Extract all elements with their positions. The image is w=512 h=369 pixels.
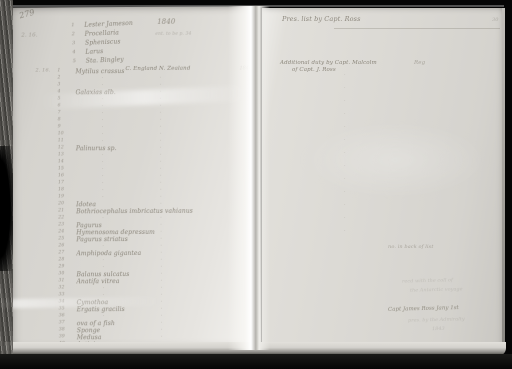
entry-text: 8 [58, 117, 61, 122]
ditto-mark: · [160, 201, 162, 207]
ditto-mark: · [102, 117, 104, 123]
ditto-mark: · [102, 215, 104, 221]
ditto-mark: · [102, 159, 104, 165]
ditto-mark: · [160, 187, 162, 193]
entry-text: 28 [58, 257, 64, 262]
ditto-mark: · [344, 163, 346, 169]
ditto-mark: · [160, 117, 162, 123]
ditto-mark: · [102, 96, 104, 102]
ditto-mark: · [344, 98, 346, 104]
entry-text: 25 [58, 236, 64, 241]
entry-text: 34 [59, 299, 65, 304]
entry-text: 4 [58, 89, 61, 94]
entry-text: 1 [57, 68, 60, 73]
entry-text: 6 [58, 103, 61, 108]
ditto-mark: · [160, 208, 162, 214]
ditto-mark: · [344, 228, 346, 234]
ditto-mark: · [102, 152, 104, 158]
ditto-mark: · [102, 138, 104, 144]
left-page: 279 2. 16. 1840 ent. to be p. 34 1Lester… [9, 6, 261, 345]
page-number: 30 [492, 17, 499, 23]
entry-text: 19 [58, 194, 64, 199]
ditto-mark: · [160, 96, 162, 102]
ditto-mark: · [344, 176, 346, 182]
spine-shadow [0, 146, 13, 271]
ditto-mark: · [102, 180, 104, 186]
pencil-note: ent. to be p. 34 [155, 32, 191, 37]
entry-text: Spheniscus [85, 38, 121, 46]
ditto-mark: · [161, 292, 163, 298]
entry-text: 32 [59, 285, 65, 290]
ditto-mark: · [102, 124, 104, 130]
pencil-line: Capt James Ross Jany 1st [388, 305, 459, 313]
ditto-mark: · [161, 278, 163, 284]
ditto-mark: · [344, 189, 346, 195]
ditto-mark: · [102, 257, 104, 263]
entry-text: 17 [58, 180, 64, 185]
entry-text: Sta. Bingley [86, 56, 124, 65]
ditto-mark: · [344, 72, 346, 78]
ditto-mark: · [160, 159, 162, 165]
ditto-mark: · [161, 285, 163, 291]
ditto-mark: · [160, 145, 162, 151]
ditto-mark: · [160, 110, 162, 116]
ditto-mark: · [160, 89, 162, 95]
entry-text: 11 [58, 138, 64, 143]
ditto-mark: · [344, 124, 346, 130]
entry-text: 39 [59, 334, 65, 339]
ditto-mark: · [102, 243, 104, 249]
entry-text: 9 [58, 124, 61, 129]
mid-note: no. in back of list [388, 244, 433, 250]
ditto-mark: · [160, 264, 162, 270]
entry-text: Larus [85, 48, 103, 56]
ditto-mark: · [160, 250, 162, 256]
ditto-mark: · [160, 194, 162, 200]
entry-text: 20 [58, 201, 64, 206]
ditto-mark: · [160, 271, 162, 277]
ditto-mark: · [102, 110, 104, 116]
ditto-mark: · [161, 327, 163, 333]
ditto-mark: · [344, 111, 346, 117]
entry-text: 31 [59, 278, 65, 283]
entry-text: 36 [59, 313, 65, 318]
ditto-mark: · [159, 75, 161, 81]
ditto-mark: · [160, 180, 162, 186]
date-heading: 1840 [157, 18, 175, 26]
entry-text: 1 [71, 22, 75, 28]
ditto-mark: · [102, 264, 104, 270]
ditto-mark: · [160, 103, 162, 109]
ditto-mark: · [103, 285, 105, 291]
ditto-mark: · [161, 299, 163, 305]
entry-text: 18 [58, 187, 64, 192]
ledger-scan: 279 2. 16. 1840 ent. to be p. 34 1Lester… [0, 0, 512, 369]
ditto-mark: · [102, 103, 104, 109]
right-page: Pres. list by Capt. Ross 30 Additional d… [262, 8, 504, 348]
right-entry-line2: of Capt. J. Ross [292, 67, 336, 73]
ditto-mark: · [160, 138, 162, 144]
entry-text: 22 [58, 215, 64, 220]
ditto-mark: · [344, 85, 346, 91]
ditto-mark: · [344, 202, 346, 208]
ditto-mark: · [344, 215, 346, 221]
entry-text: 16 [58, 173, 64, 178]
entry-text: 3 [58, 82, 61, 87]
ditto-mark: · [103, 313, 105, 319]
ditto-mark: · [102, 173, 104, 179]
ledger-mark: 2. 16. [21, 33, 37, 39]
ditto-mark: · [160, 257, 162, 263]
ditto-mark: · [160, 124, 162, 130]
ditto-mark: · [160, 236, 162, 242]
pencil-line: pres. by the Admiralty [408, 316, 465, 323]
entry-text: 13 [58, 152, 64, 157]
ditto-mark: · [344, 137, 346, 143]
ditto-mark: · [160, 82, 162, 88]
ditto-mark: · [161, 320, 163, 326]
entry-text: 26 [58, 243, 64, 248]
ditto-mark: · [344, 150, 346, 156]
entry-text: 33 [59, 292, 65, 297]
pencil-line: 1843 [432, 326, 445, 332]
ditto-mark: · [160, 131, 162, 137]
pencil-line: recd with the coll of [402, 277, 453, 284]
entry-text: 10 [58, 131, 64, 136]
ditto-mark: · [102, 187, 104, 193]
entry-text: 2 [72, 31, 76, 37]
entry-text: 21 [58, 208, 64, 213]
ditto-mark: · [102, 131, 104, 137]
entry-text: 14 [58, 159, 64, 164]
entry-text: 4 [72, 49, 76, 55]
pencil-line: the Antarctic voyage [410, 286, 463, 293]
right-entry-line1: Additional duty by Capt. Malcolm [280, 60, 377, 66]
entry-text: Lester Jameson [84, 20, 133, 29]
ditto-mark: · [160, 222, 162, 228]
page-right-edge [502, 8, 505, 346]
entry-text: 3 [72, 40, 76, 46]
entry-text: 38 [59, 327, 65, 332]
entry-text: 5 [58, 96, 61, 101]
ditto-mark: · [102, 166, 104, 172]
right-entry-reg: Reg [414, 60, 425, 66]
ditto-mark: · [161, 306, 163, 312]
entry-text: 5 [73, 58, 77, 64]
entry-text: 12 [58, 145, 64, 150]
scan-bottom-border [0, 354, 512, 369]
entry-text: 35 [59, 306, 65, 311]
right-page-header: Pres. list by Capt. Ross [282, 15, 361, 23]
ditto-mark: · [160, 166, 162, 172]
ditto-mark: · [101, 75, 103, 81]
entry-text: 7 [58, 110, 61, 115]
entry-text: Procellaria [85, 29, 120, 37]
entry-text: 37 [59, 320, 65, 325]
entry-text: 30 [58, 271, 64, 276]
entry-text: 29 [58, 264, 64, 269]
entry-text: 24 [58, 229, 64, 234]
corner-mark: 279 [18, 8, 35, 21]
ditto-mark: · [102, 82, 104, 88]
ditto-mark: · [160, 215, 162, 221]
ditto-mark: · [161, 334, 163, 340]
entry-text: 15 [58, 166, 64, 171]
ditto-mark: · [160, 229, 162, 235]
entry-text: 2 [57, 75, 60, 80]
entry-text: 27 [58, 250, 64, 255]
ditto-mark: · [103, 292, 105, 298]
header-rule [334, 28, 500, 29]
ditto-mark: · [160, 152, 162, 158]
ditto-mark: · [161, 313, 163, 319]
ditto-mark: · [102, 194, 104, 200]
entry-text: 23 [58, 222, 64, 227]
page-top-edge [8, 5, 504, 7]
ditto-mark: · [160, 243, 162, 249]
ditto-mark: · [160, 173, 162, 179]
